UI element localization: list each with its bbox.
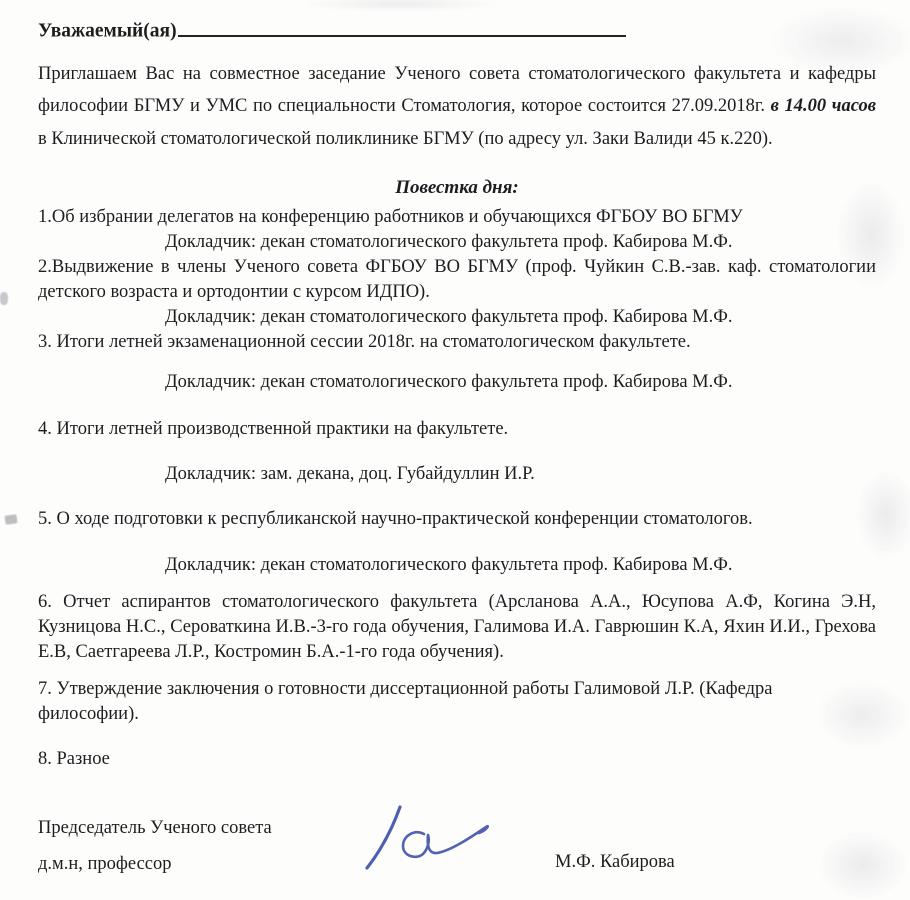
agenda-item-7: 7. Утверждение заключения о готовности д… (38, 677, 876, 727)
letter-body: Уважаемый(ая) Приглашаем Вас на совместн… (38, 16, 876, 772)
agenda-item-speaker: Докладчик: декан стоматологического факу… (38, 370, 876, 395)
agenda-item-speaker: Докладчик: декан стоматологического факу… (38, 230, 876, 255)
handwritten-signature-icon (338, 794, 503, 889)
agenda-heading: Повестка дня: (38, 174, 876, 201)
agenda-item-text: 8. Разное (38, 747, 876, 772)
invitation-text-after: в Клинической стоматологической поликлин… (38, 129, 773, 149)
scan-noise (4, 514, 17, 525)
agenda-item-4: 4. Итоги летней производственной практик… (38, 417, 876, 487)
agenda-item-speaker: Докладчик: декан стоматологического факу… (38, 553, 876, 578)
scanned-letter-page: { "page": { "background_color": "#fdfdfc… (0, 0, 910, 900)
salutation-label: Уважаемый(ая) (38, 21, 177, 42)
agenda-item-8: 8. Разное (38, 747, 876, 772)
agenda-item-2: 2.Выдвижение в члены Ученого совета ФГБО… (38, 255, 876, 330)
agenda-item-text: 7. Утверждение заключения о готовности д… (38, 677, 876, 727)
agenda-item-text: 4. Итоги летней производственной практик… (38, 417, 876, 442)
agenda-item-3: 3. Итоги летней экзаменационной сессии 2… (38, 330, 876, 395)
agenda-item-speaker: Докладчик: декан стоматологического факу… (38, 305, 876, 330)
agenda-item-6: 6. Отчет аспирантов стоматологического ф… (38, 590, 876, 665)
agenda-item-text: 2.Выдвижение в члены Ученого совета ФГБО… (38, 255, 876, 305)
agenda-item-text: 1.Об избрании делегатов на конференцию р… (38, 205, 876, 230)
scan-noise (0, 292, 8, 305)
agenda-list: 1.Об избрании делегатов на конференцию р… (38, 205, 876, 772)
signature-block: Председатель Ученого совета д.м.н, профе… (38, 816, 876, 876)
scan-noise (300, 0, 500, 12)
agenda-item-1: 1.Об избрании делегатов на конференцию р… (38, 205, 876, 255)
invitation-paragraph: Приглашаем Вас на совместное заседание У… (38, 58, 876, 156)
agenda-item-text: 3. Итоги летней экзаменационной сессии 2… (38, 330, 876, 355)
addressee-blank-line (178, 16, 626, 37)
agenda-item-text: 6. Отчет аспирантов стоматологического ф… (38, 590, 876, 665)
agenda-item-text: 5. О ходе подготовки к республиканской н… (38, 507, 876, 532)
meeting-time-emphasis: в 14.00 часов (771, 96, 876, 116)
agenda-item-5: 5. О ходе подготовки к республиканской н… (38, 507, 876, 578)
document-page: Уважаемый(ая) Приглашаем Вас на совместн… (0, 0, 910, 900)
salutation-line: Уважаемый(ая) (38, 16, 876, 46)
signatory-name: М.Ф. Кабирова (555, 850, 675, 874)
agenda-item-speaker: Докладчик: зам. декана, доц. Губайдуллин… (38, 462, 876, 487)
invitation-text-before: Приглашаем Вас на совместное заседание У… (38, 64, 876, 117)
